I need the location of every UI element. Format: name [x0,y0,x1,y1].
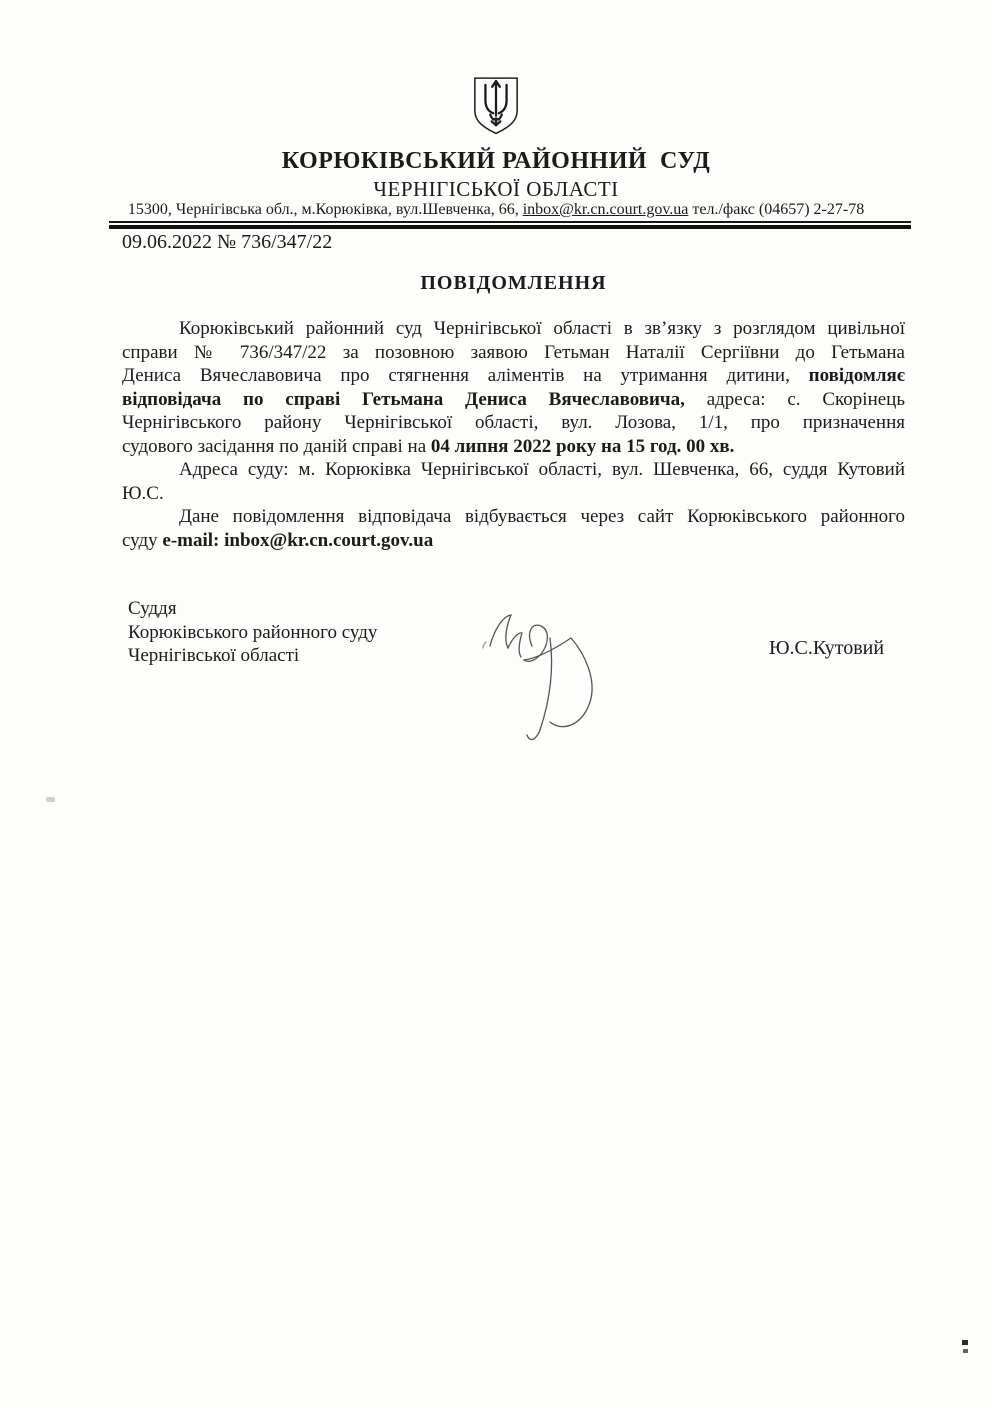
scan-artifact [46,797,55,802]
body-line: Ю.С. [122,482,905,506]
paragraph-court-address: Адреса суду: м. Корюківка Чернігівської … [122,458,905,505]
body-run-bold: повідомляє [809,365,905,386]
document-body: Корюківський районний суд Чернігівської … [122,317,905,552]
signer-role-line: Суддя [128,597,377,621]
body-line: Дениса Вячеславовича про стягнення аліме… [122,364,905,388]
region-name: ЧЕРНІГІСЬКОЇ ОБЛАСТІ [0,177,992,202]
paragraph-notice-method: Дане повідомлення відповідача відбуваєть… [122,505,905,552]
body-line: Адреса суду: м. Корюківка Чернігівської … [122,458,905,482]
body-run: суду [122,530,162,551]
signer-role-line: Корюківського районного суду [128,621,377,645]
paragraph-case-info: Корюківський районний суд Чернігівської … [122,317,905,458]
body-run: адреса: с. Скорінець [685,389,905,410]
signer-role-line: Чернігівської області [128,644,377,668]
scan-artifact [962,1340,968,1345]
court-email: inbox@kr.cn.court.gov.ua [523,201,689,218]
scanned-court-notice-page: КОРЮКІВСЬКИЙ РАЙОННИЙ СУД ЧЕРНІГІСЬКОЇ О… [0,0,992,1403]
signer-role-block: Суддя Корюківського районного суду Черні… [128,597,377,668]
body-line: судового засідання по даній справі на 04… [122,435,905,459]
phone-fax-text: тел./факс (04657) 2-27-78 [688,201,864,218]
judge-name: Ю.С.Кутовий [769,637,884,660]
judge-signature-icon [470,580,620,750]
body-line: Чернігівського району Чернігівської обла… [122,411,905,435]
document-title: ПОВІДОМЛЕННЯ [122,272,905,295]
court-name: КОРЮКІВСЬКИЙ РАЙОННИЙ СУД [0,148,992,175]
body-run: судового засідання по даній справі на [122,436,431,457]
body-line: Корюківський районний суд Чернігівської … [122,317,905,341]
body-line: суду e-mail: inbox@kr.cn.court.gov.ua [122,529,905,553]
trident-emblem-icon [471,74,521,143]
letterhead-rule [109,221,911,229]
scan-artifact [963,1349,968,1353]
body-line: відповідача по справі Гетьмана Дениса Вя… [122,388,905,412]
body-run: Дениса Вячеславовича про стягнення аліме… [122,365,809,386]
address-text: 15300, Чернігівська обл., м.Корюківка, в… [128,201,523,218]
hearing-datetime: 04 липня 2022 року на 15 год. 00 хв. [431,436,734,457]
court-email-bold: e-mail: inbox@kr.cn.court.gov.ua [162,530,433,551]
body-run-bold: відповідача по справі Гетьмана Дениса Вя… [122,389,685,410]
court-address-line: 15300, Чернігівська обл., м.Корюківка, в… [0,201,992,219]
body-line: справи № 736/347/22 за позовною заявою Г… [122,341,905,365]
rule-thin-line [109,221,911,223]
rule-thick-line [109,225,911,229]
body-line: Дане повідомлення відповідача відбуваєть… [122,505,905,529]
date-and-case-number: 09.06.2022 № 736/347/22 [122,231,332,254]
